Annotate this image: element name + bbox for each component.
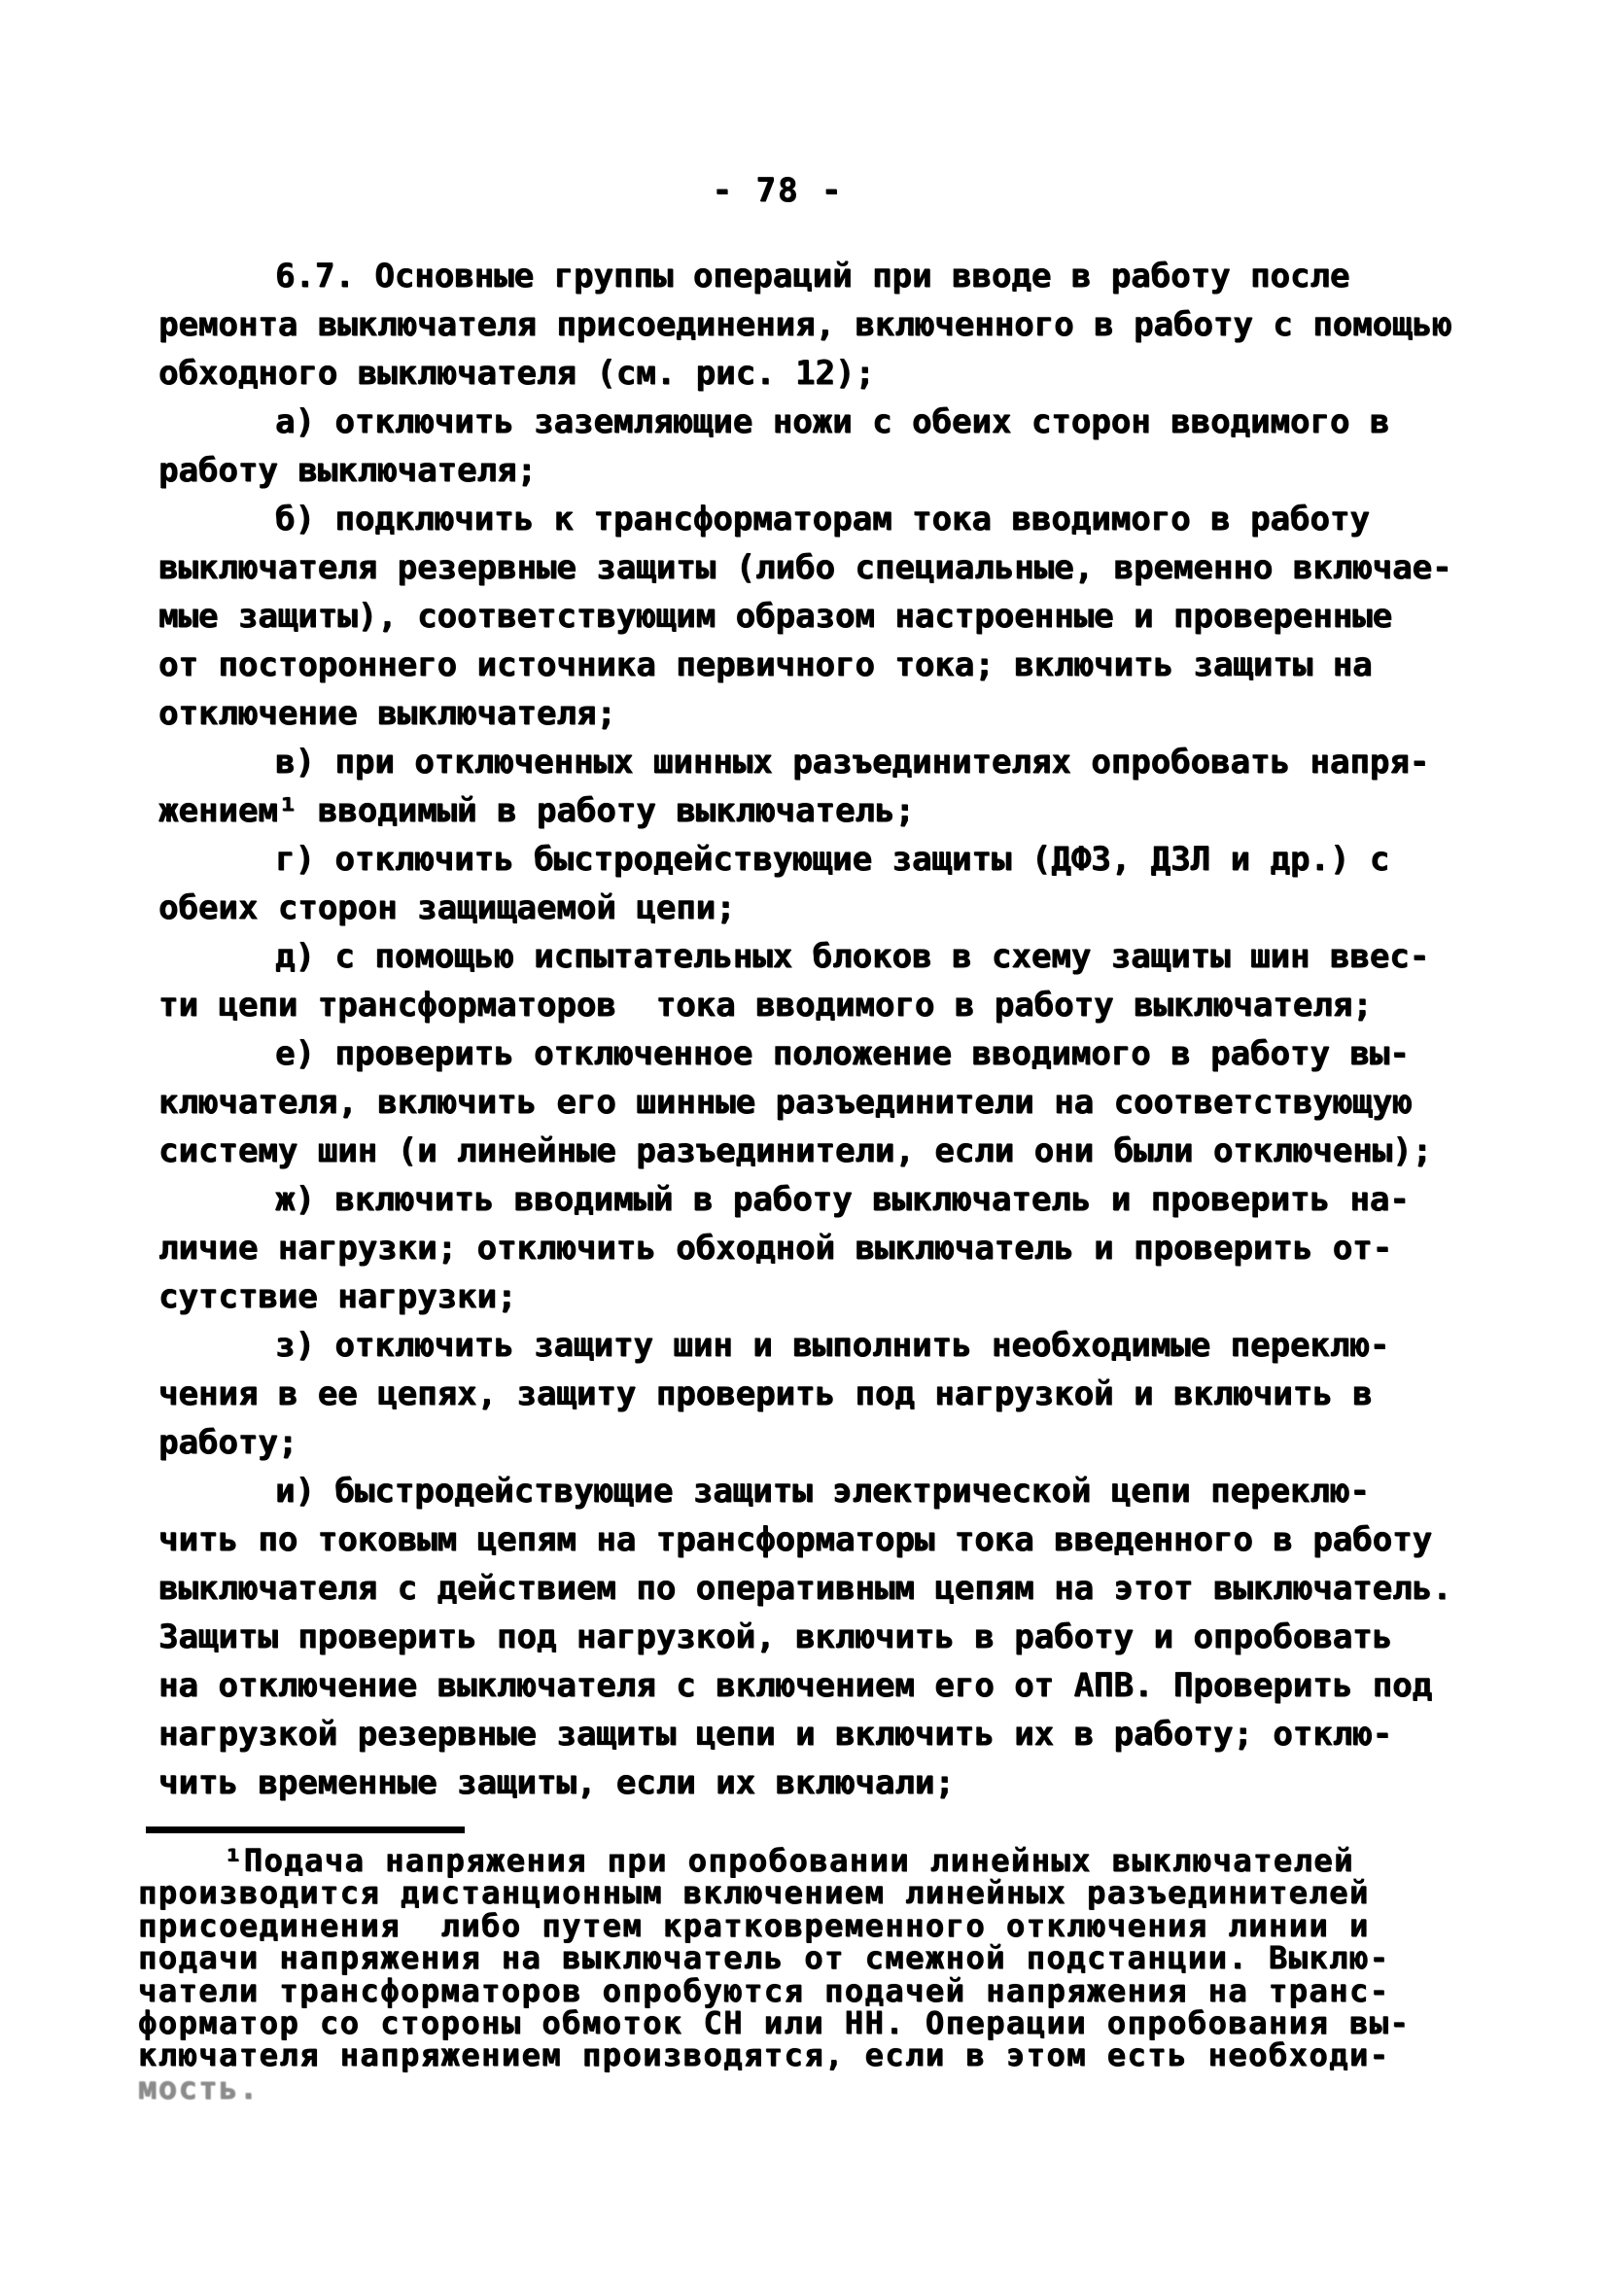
document-body: 6.7. Основные группы операций при вводе … xyxy=(158,252,1500,1807)
footnote: ¹Подача напряжения при опробовании линей… xyxy=(138,1845,1499,2105)
text-line: выключателя резервные защиты (либо специ… xyxy=(158,543,1500,592)
text-line: обеих сторон защищаемой цепи; xyxy=(158,884,1500,932)
text-line: в) при отключенных шинных разъединителях… xyxy=(158,738,1500,786)
text-line: ж) включить вводимый в работу выключател… xyxy=(158,1175,1500,1224)
text-line: 6.7. Основные группы операций при вводе … xyxy=(158,252,1500,300)
text-line: подачи напряжения на выключатель от смеж… xyxy=(138,1942,1499,1974)
text-line: д) с помощью испытательных блоков в схем… xyxy=(158,932,1500,981)
page-number: - 78 - xyxy=(713,171,844,210)
text-line: чить по токовым цепям на трансформаторы … xyxy=(158,1515,1500,1564)
text-line: Защиты проверить под нагрузкой, включить… xyxy=(158,1613,1500,1661)
text-line: ти цепи трансформаторов тока вводимого в… xyxy=(158,981,1500,1029)
text-line: ¹Подача напряжения при опробовании линей… xyxy=(138,1845,1499,1877)
text-line: и) быстродействующие защиты электрическо… xyxy=(158,1467,1500,1515)
text-line: производится дистанционным включением ли… xyxy=(138,1877,1499,1909)
text-line: сутствие нагрузки; xyxy=(158,1272,1500,1321)
footnote-separator xyxy=(146,1826,465,1833)
text-line: выключателя с действием по оперативным ц… xyxy=(158,1564,1500,1613)
text-line: е) проверить отключенное положение вводи… xyxy=(158,1029,1500,1078)
text-line: присоединения либо путем кратковременног… xyxy=(138,1910,1499,1942)
text-line: от постороннего источника первичного ток… xyxy=(158,641,1500,689)
text-line: чить временные защиты, если их включали; xyxy=(158,1758,1500,1807)
text-line: жением¹ вводимый в работу выключатель; xyxy=(158,786,1500,835)
text-line: г) отключить быстродействующие защиты (Д… xyxy=(158,835,1500,884)
scanned-page: - 78 - 6.7. Основные группы операций при… xyxy=(0,0,1607,2296)
text-line: нагрузкой резервные защиты цепи и включи… xyxy=(158,1710,1500,1758)
text-line: а) отключить заземляющие ножи с обеих ст… xyxy=(158,398,1500,446)
text-line: обходного выключателя (см. рис. 12); xyxy=(158,349,1500,398)
text-line: ключателя напряжением производятся, если… xyxy=(138,2039,1499,2071)
text-line: чения в ее цепях, защиту проверить под н… xyxy=(158,1370,1500,1418)
text-line: ремонта выключателя присоединения, включ… xyxy=(158,300,1500,349)
text-line: личие нагрузки; отключить обходной выклю… xyxy=(158,1224,1500,1272)
text-line: чатели трансформаторов опробуются подаче… xyxy=(138,1975,1499,2007)
text-line: на отключение выключателя с включением е… xyxy=(158,1661,1500,1710)
text-line: отключение выключателя; xyxy=(158,689,1500,738)
text-line: мость. xyxy=(138,2072,1499,2105)
text-line: систему шин (и линейные разъединители, е… xyxy=(158,1127,1500,1175)
text-line: з) отключить защиту шин и выполнить необ… xyxy=(158,1321,1500,1370)
text-line: работу; xyxy=(158,1418,1500,1467)
text-line: мые защиты), соответствующим образом нас… xyxy=(158,592,1500,641)
text-line: б) подключить к трансформаторам тока вво… xyxy=(158,495,1500,543)
text-line: ключателя, включить его шинные разъедини… xyxy=(158,1078,1500,1127)
text-line: форматор со стороны обмоток СН или НН. О… xyxy=(138,2007,1499,2039)
text-line: работу выключателя; xyxy=(158,446,1500,495)
